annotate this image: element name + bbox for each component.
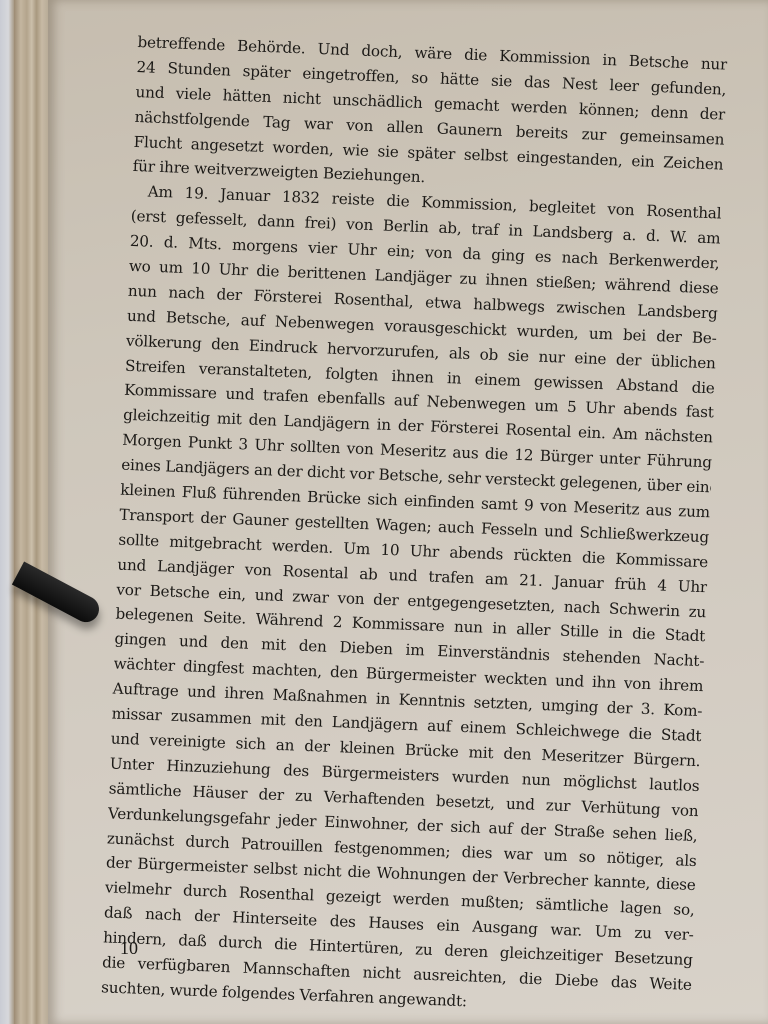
book-binding-edge [14,0,48,1024]
page-number: 10 [120,938,138,959]
page-text-body: betreffende Behörde. Und doch, wäre die … [101,30,728,1023]
background-edge [0,0,14,1024]
